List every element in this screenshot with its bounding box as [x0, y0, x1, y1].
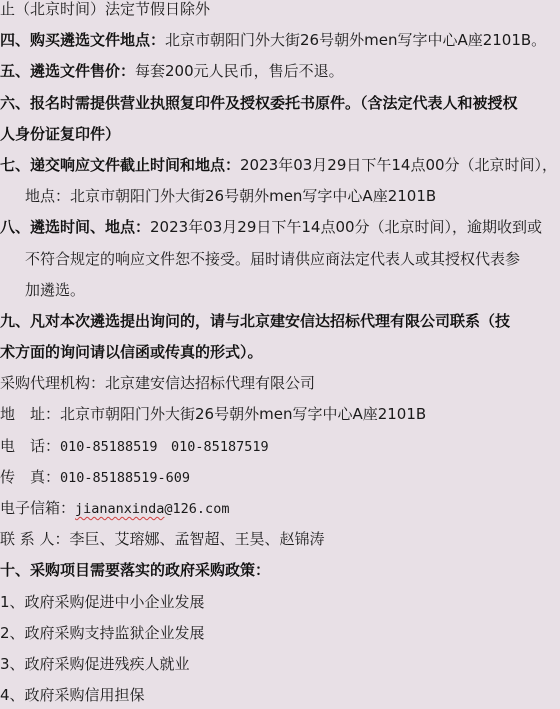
policy-item: 2、政府采购支持监狱企业发展 [0, 618, 560, 649]
section-4-purchase-location: 四、购买遴选文件地点：北京市朝阳门外大街26号朝外men写字中心A座2101B。 [0, 25, 560, 56]
contacts-label: 联 系 人： [0, 530, 70, 548]
section-4-text: 北京市朝阳门外大街26号朝外men写字中心A座2101B。 [165, 31, 546, 49]
address-value: 北京市朝阳门外大街26号朝外men写字中心A座2101B [60, 405, 426, 423]
email-domain[interactable]: @126.com [164, 501, 229, 517]
section-8-line-3: 加遴选。 [0, 275, 560, 306]
section-7-line-2: 地点：北京市朝阳门外大街26号朝外men写字中心A座2101B [0, 181, 560, 212]
section-8-text-1: 2023年03月29日下午14点00分（北京时间），逾期收到或 [150, 218, 542, 236]
section-8-line-1: 八、遴选时间、地点：2023年03月29日下午14点00分（北京时间），逾期收到… [0, 212, 560, 243]
section-10-heading-line: 十、采购项目需要落实的政府采购政策： [0, 555, 560, 586]
section-9-heading-2: 术方面的询问请以信函或传真的形式）。 [0, 343, 263, 361]
section-5-heading: 五、遴选文件售价： [0, 62, 135, 80]
section-8-heading: 八、遴选时间、地点： [0, 218, 150, 236]
policy-item: 4、政府采购信用担保 [0, 680, 560, 709]
contact-address: 地 址：北京市朝阳门外大街26号朝外men写字中心A座2101B [0, 399, 560, 430]
section-7-text-1: 2023年03月29日下午14点00分（北京时间）， [240, 156, 557, 174]
contact-phone: 电 话：010-85188519 010-85187519 [0, 431, 560, 462]
section-6-line-2: 人身份证复印件） [0, 119, 560, 150]
email-user-spellcheck[interactable]: jiananxinda [75, 501, 164, 517]
section-8-text-3: 加遴选。 [25, 281, 85, 299]
section-7-line-1: 七、递交响应文件截止时间和地点：2023年03月29日下午14点00分（北京时间… [0, 150, 560, 181]
contacts-value: 李巨、艾瑢娜、孟智超、王昊、赵锦涛 [70, 530, 325, 548]
fax-value: 010-85188519-609 [60, 470, 190, 486]
section-5-text: 每套200元人民币，售后不退。 [135, 62, 344, 80]
agency-value: 北京建安信达招标代理有限公司 [105, 374, 315, 392]
deadline-tail-text: 止（北京时间）法定节假日除外 [0, 0, 210, 18]
phone-label: 电 话： [0, 437, 60, 455]
contact-email: 电子信箱：jiananxinda@126.com [0, 493, 560, 524]
policy-item: 3、政府采购促进残疾人就业 [0, 649, 560, 680]
section-9-line-2: 术方面的询问请以信函或传真的形式）。 [0, 337, 560, 368]
policy-item-4: 4、政府采购信用担保 [0, 686, 145, 704]
section-6-line-1: 六、报名时需提供营业执照复印件及授权委托书原件。（含法定代表人和被授权 [0, 88, 560, 119]
section-8-line-2: 不符合规定的响应文件恕不接受。届时请供应商法定代表人或其授权代表参 [0, 244, 560, 275]
policy-item-2: 2、政府采购支持监狱企业发展 [0, 624, 205, 642]
email-label: 电子信箱： [0, 499, 75, 517]
agency-label: 采购代理机构： [0, 374, 105, 392]
section-7-heading: 七、递交响应文件截止时间和地点： [0, 156, 240, 174]
contact-fax: 传 真：010-85188519-609 [0, 462, 560, 493]
section-9-heading-1: 九、凡对本次遴选提出询问的，请与北京建安信达招标代理有限公司联系（技 [0, 312, 510, 330]
section-6-heading-2: 人身份证复印件） [0, 125, 120, 143]
policy-item-1: 1、政府采购促进中小企业发展 [0, 593, 205, 611]
announcement-document: 止（北京时间）法定节假日除外 四、购买遴选文件地点：北京市朝阳门外大街26号朝外… [0, 0, 560, 709]
section-7-text-2: 地点：北京市朝阳门外大街26号朝外men写字中心A座2101B [25, 187, 436, 205]
contact-agency: 采购代理机构：北京建安信达招标代理有限公司 [0, 368, 560, 399]
contact-persons: 联 系 人：李巨、艾瑢娜、孟智超、王昊、赵锦涛 [0, 524, 560, 555]
policy-item-3: 3、政府采购促进残疾人就业 [0, 655, 190, 673]
section-8-text-2: 不符合规定的响应文件恕不接受。届时请供应商法定代表人或其授权代表参 [25, 250, 520, 268]
section-6-heading-1: 六、报名时需提供营业执照复印件及授权委托书原件。（含法定代表人和被授权 [0, 94, 518, 112]
fax-label: 传 真： [0, 468, 60, 486]
policy-item: 1、政府采购促进中小企业发展 [0, 587, 560, 618]
section-5-price: 五、遴选文件售价：每套200元人民币，售后不退。 [0, 56, 560, 87]
section-9-line-1: 九、凡对本次遴选提出询问的，请与北京建安信达招标代理有限公司联系（技 [0, 306, 560, 337]
line-deadline-tail: 止（北京时间）法定节假日除外 [0, 0, 560, 25]
phone-value: 010-85188519 010-85187519 [60, 439, 269, 455]
section-4-heading: 四、购买遴选文件地点： [0, 31, 165, 49]
section-10-heading: 十、采购项目需要落实的政府采购政策： [0, 561, 270, 579]
address-label: 地 址： [0, 405, 60, 423]
